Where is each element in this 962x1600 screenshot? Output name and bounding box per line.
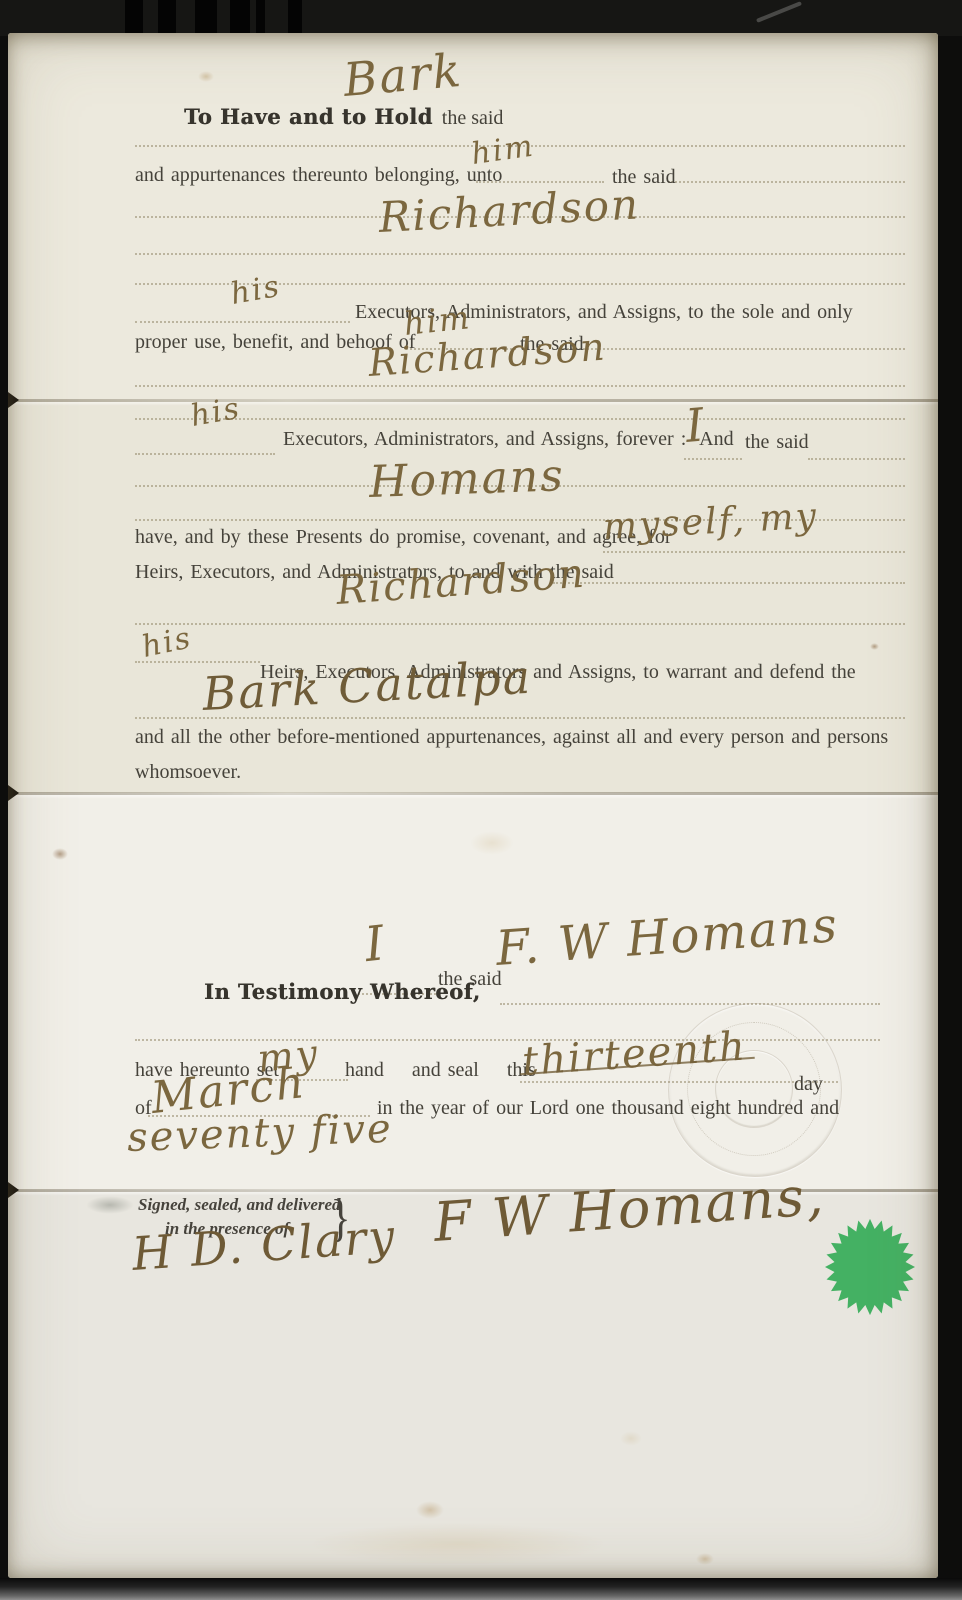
scanned-deed-page: { "deed": { "habendum": { "to_have_and_t… bbox=[0, 0, 962, 1600]
dotted-rule bbox=[135, 253, 905, 255]
printed-appurtenances-line: and appurtenances thereunto belonging, u… bbox=[135, 164, 502, 187]
dotted-rule bbox=[603, 551, 905, 553]
background-slat bbox=[195, 0, 217, 36]
handwritten-vessel-bark: Bark bbox=[341, 43, 464, 107]
printed-covenant-line: have, and by these Presents do promise, … bbox=[135, 526, 672, 549]
printed-whomsoever: whomsoever. bbox=[135, 761, 241, 784]
scratch-mark bbox=[756, 1, 802, 23]
dotted-rule bbox=[135, 321, 350, 323]
printed-the-said-1: the said bbox=[442, 107, 504, 129]
printed-year-line: in the year of our Lord one thousand eig… bbox=[377, 1097, 839, 1120]
printed-against-line: and all the other before-mentioned appur… bbox=[135, 726, 888, 749]
dotted-rule bbox=[500, 1003, 880, 1005]
green-wafer-seal bbox=[820, 1215, 920, 1319]
printed-signed-sealed-line: Signed, sealed, and delivered bbox=[138, 1195, 341, 1215]
background-slat bbox=[288, 0, 302, 36]
dotted-rule bbox=[684, 458, 742, 460]
scanner-background-bottom bbox=[0, 1578, 962, 1600]
deed-document-sheet: To Have and to Holdthe said and appurten… bbox=[8, 33, 938, 1578]
background-slat bbox=[230, 0, 250, 36]
dotted-rule bbox=[558, 348, 905, 350]
printed-day-label: day bbox=[794, 1073, 823, 1096]
background-slat bbox=[125, 0, 143, 36]
handwritten-homans: Homans bbox=[368, 450, 565, 508]
seal-starburst bbox=[825, 1219, 915, 1315]
dotted-rule bbox=[668, 181, 905, 183]
dotted-rule bbox=[135, 1039, 880, 1041]
scanner-background-top bbox=[0, 0, 962, 36]
background-slat bbox=[256, 0, 265, 36]
fold-crease bbox=[8, 399, 938, 402]
printed-the-said-testimony: the said bbox=[438, 968, 502, 991]
printed-to-have-and-to-hold: To Have and to Hold bbox=[184, 104, 433, 129]
printed-executors-forever-line: Executors, Administrators, and Assigns, … bbox=[283, 428, 734, 451]
fold-crease bbox=[8, 792, 938, 795]
dotted-rule bbox=[135, 385, 905, 387]
dotted-rule bbox=[135, 418, 905, 420]
dotted-rule bbox=[135, 623, 905, 625]
dotted-rule bbox=[808, 458, 905, 460]
background-slat bbox=[158, 0, 176, 36]
dotted-rule bbox=[135, 453, 275, 455]
printed-hand-seal-this: hand and seal this bbox=[345, 1059, 536, 1082]
printed-the-said-4: the said bbox=[745, 431, 809, 454]
handwritten-seventy-five: seventy five bbox=[126, 1106, 393, 1161]
